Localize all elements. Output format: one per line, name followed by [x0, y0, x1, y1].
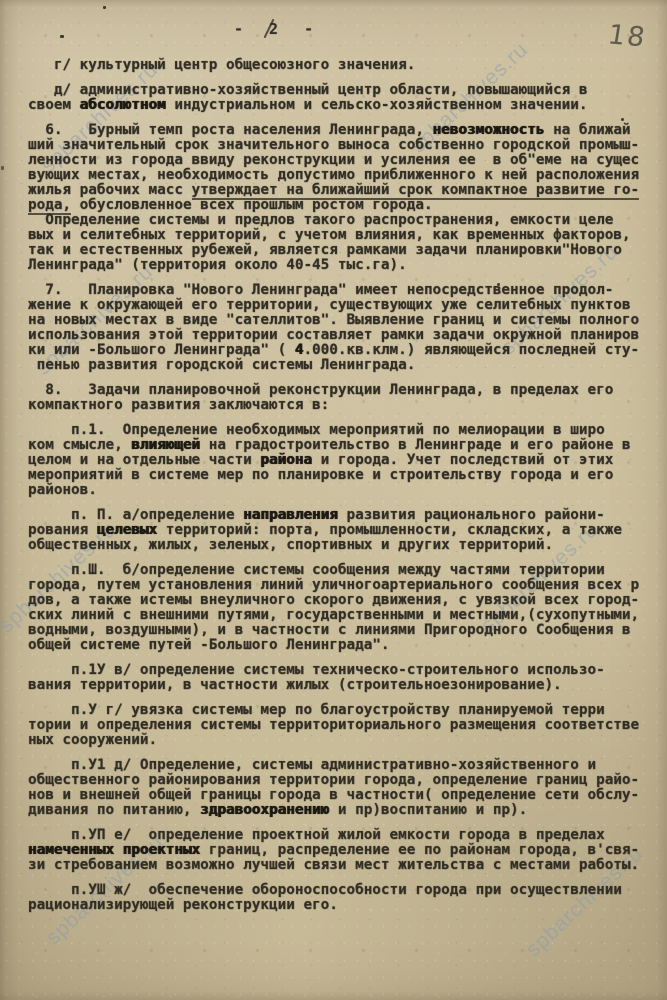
text-line: районов.: [28, 483, 663, 498]
text-line: п.1У в/ определение системы техническо-с…: [28, 663, 663, 678]
text-line: общественных, жилых, зеленых, спортивных…: [28, 538, 663, 553]
text-line: ком смысле, влияющей на градостроительст…: [28, 438, 663, 453]
text-line: рода, обусловленное всех прошлым ростом …: [28, 198, 663, 213]
text-line: зи стребованием возможно лучшей связи ме…: [28, 858, 663, 873]
paragraph: п.1. Определение необходимых мероприятий…: [28, 423, 663, 498]
paragraph: п.У г/ увязка системы мер по благоустрой…: [28, 703, 663, 748]
paragraph: п.У1 д/ Определение, системы администрат…: [28, 758, 663, 818]
text-line: города, путем установления линий уличног…: [28, 578, 663, 593]
text-line: п. П. а/определение направления развития…: [28, 508, 663, 523]
text-line: д/ административно-хозяйственный центр о…: [28, 83, 663, 98]
text-line: жилья рабочих масс утверждает на ближайш…: [28, 183, 663, 198]
text-line: вых и селитебных территорий, с учетом вл…: [28, 228, 663, 243]
text-line: 7. Планировка "Нового Ленинграда" имеет …: [28, 283, 663, 298]
paragraph: 6. Бурный темп роста населения Ленинград…: [28, 123, 663, 213]
text-line: использования этой территории составляет…: [28, 328, 663, 343]
paper-speck: [103, 6, 106, 9]
handwritten-folio-number: 18: [606, 20, 649, 53]
paragraph: п.1У в/ определение системы техническо-с…: [28, 663, 663, 693]
text-line: п.УШ ж/ обеспечение обороноспособности г…: [28, 883, 663, 898]
paragraph: Определение системы и предлов такого рас…: [28, 213, 663, 273]
text-line: ных сооружений.: [28, 733, 663, 748]
text-line: п.Ш. б/определение системы сообщения меж…: [28, 563, 663, 578]
text-line: ских линий с внешними путями, государств…: [28, 608, 663, 623]
paper-speck: [497, 283, 500, 286]
text-line: тории и определения системы территоритор…: [28, 718, 663, 733]
text-line: рационализирующей реконструкции его.: [28, 898, 663, 913]
text-line: дивания по питанию, здравоохранению и пр…: [28, 803, 663, 818]
document-body: г/ культурный центр общесоюзного значени…: [28, 58, 663, 913]
page-number: - 2 -: [234, 20, 313, 38]
text-line: мероприятий в системе мер по планировке …: [28, 468, 663, 483]
text-line: водными, воздушными), и в частности с ли…: [28, 623, 663, 638]
text-line: ленности из города ввиду реконструкции и…: [28, 153, 663, 168]
text-line: Ленинграда" (территория около 40-45 тыс.…: [28, 258, 663, 273]
paragraph: д/ административно-хозяйственный центр о…: [28, 83, 663, 113]
paper-speck: [60, 35, 64, 38]
text-line: 6. Бурный темп роста населения Ленинград…: [28, 123, 663, 138]
text-line: рования целевых территорий: порта, промы…: [28, 523, 663, 538]
text-line: своем абсолютном индустриальном и сельск…: [28, 98, 663, 113]
text-line: намеченных проектных границ, распределен…: [28, 843, 663, 858]
text-line: п.У1 д/ Определение, системы администрат…: [28, 758, 663, 773]
paragraph: г/ культурный центр общесоюзного значени…: [28, 58, 663, 73]
text-line: общей системе путей -Большого Ленинграда…: [28, 638, 663, 653]
text-line: п.УП е/ определение проектной жилой емко…: [28, 828, 663, 843]
paper-speck: [621, 118, 624, 121]
text-line: 8. Задачи планировочной реконструкции Ле…: [28, 383, 663, 398]
text-line: так и естественных рубежей, является рам…: [28, 243, 663, 258]
paragraph: п. П. а/определение направления развития…: [28, 508, 663, 553]
text-line: ший значительный срок значительного выно…: [28, 138, 663, 153]
text-line: вующих местах, необходимость допустимо п…: [28, 168, 663, 183]
paragraph: 7. Планировка "Нового Ленинграда" имеет …: [28, 283, 663, 373]
paragraph: п.Ш. б/определение системы сообщения меж…: [28, 563, 663, 653]
text-line: целом и на отдельные части района и горо…: [28, 453, 663, 468]
text-line: п.1. Определение необходимых мероприятий…: [28, 423, 663, 438]
text-line: на новых местах в виде "сателлитов". Выя…: [28, 313, 663, 328]
text-line: ки или -Большого Ленинграда" ( 4.000.кв.…: [28, 343, 663, 358]
text-line: дов, а также истемы внеуличного скорого …: [28, 593, 663, 608]
text-line: пенью развития городской системы Ленингр…: [28, 358, 663, 373]
text-line: п.У г/ увязка системы мер по благоустрой…: [28, 703, 663, 718]
text-line: г/ культурный центр общесоюзного значени…: [28, 58, 663, 73]
paragraph: 8. Задачи планировочной реконструкции Ле…: [28, 383, 663, 413]
text-line: общественного районирования территории г…: [28, 773, 663, 788]
paper-speck: [1, 166, 4, 170]
scanned-document-page: { "page": { "page_number": "- 2 -", "cor…: [0, 0, 667, 1000]
paragraph: п.УШ ж/ обеспечение обороноспособности г…: [28, 883, 663, 913]
text-line: компактного развития заключаются в:: [28, 398, 663, 413]
text-line: жение к окружающей его территории, сущес…: [28, 298, 663, 313]
paragraph: п.УП е/ определение проектной жилой емко…: [28, 828, 663, 873]
text-line: Определение системы и предлов такого рас…: [28, 213, 663, 228]
text-line: вания территории, в частности жилых (стр…: [28, 678, 663, 693]
text-line: нов и внешней общей границы города в час…: [28, 788, 663, 803]
